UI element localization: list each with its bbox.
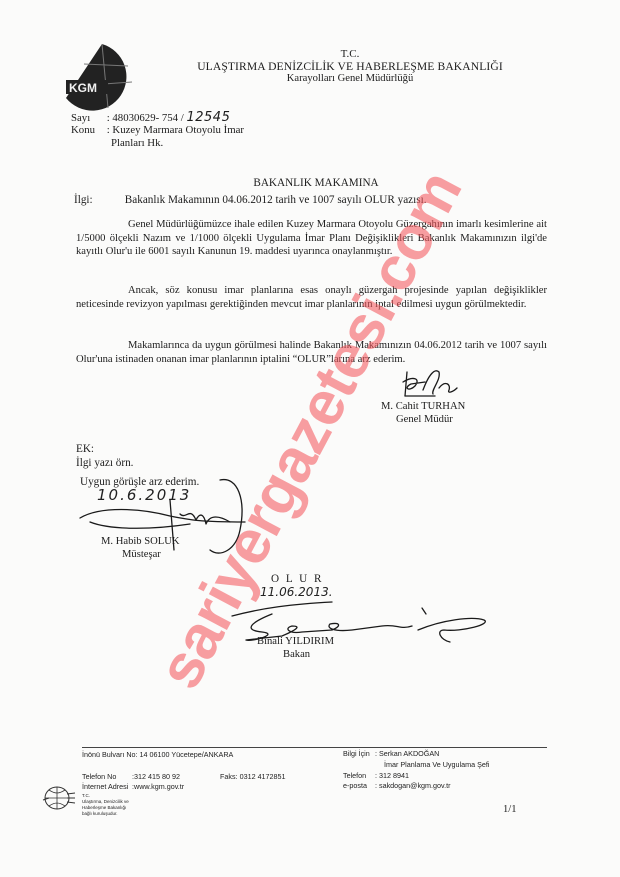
signature-minister	[222, 596, 502, 656]
ilgi-text: Bakanlık Makamının 04.06.2012 tarih ve 1…	[125, 194, 427, 206]
header-state: T.C.	[0, 48, 620, 60]
footer-fax: Faks: 0312 4172851	[220, 772, 286, 781]
footer-info: Bilgi İçin: Serkan AKDOĞAN	[343, 749, 439, 758]
approval-title: Bakan	[283, 649, 310, 660]
body-paragraph-1: Genel Müdürlüğümüzce ihale edilen Kuzey …	[76, 218, 547, 259]
undersecretary-title: Müsteşar	[122, 549, 161, 560]
footer-web: İnternet Adresi:www.kgm.gov.tr	[82, 782, 184, 791]
body-paragraph-3: Makamlarınca da uygun görülmesi halinde …	[76, 339, 547, 366]
footer-web-link[interactable]: :www.kgm.gov.tr	[132, 782, 184, 791]
page-number: 1/1	[503, 804, 517, 815]
ilgi-row: İlgi: Bakanlık Makamının 04.06.2012 tari…	[74, 194, 427, 206]
konu-value: : Kuzey Marmara Otoyolu İmar	[107, 124, 244, 136]
signatory-name: M. Cahit TURHAN	[381, 401, 465, 412]
document-page: KGM T.C. ULAŞTIRMA DENİZCİLİK VE HABERLE…	[0, 0, 620, 877]
footer-info-title: İmar Planlama Ve Uygulama Şefi	[384, 760, 489, 769]
footer-contact-phone: Telefon: 312 8941	[343, 771, 409, 780]
sayi-handwritten: 12545	[186, 110, 230, 125]
attachments-label: EK:	[76, 443, 94, 455]
signature-undersecretary	[70, 470, 260, 565]
footer-email-link[interactable]: : sakdogan@kgm.gov.tr	[375, 781, 450, 790]
attachments-item: İlgi yazı örn.	[76, 457, 133, 469]
ministry-globe-icon	[41, 784, 77, 812]
signatory-title: Genel Müdür	[396, 414, 453, 425]
sayi-value: : 48030629- 754 /	[107, 112, 184, 124]
ilgi-label: İlgi:	[74, 194, 122, 206]
footer-email: e-posta: sakdogan@kgm.gov.tr	[343, 781, 450, 790]
sayi-row: Sayı : 48030629- 754 / 12545	[71, 110, 230, 125]
header-department: Karayolları Genel Müdürlüğü	[0, 73, 620, 84]
footer-emblem-caption: T.C. Ulaştırma, Denizcilik ve Haberleşme…	[82, 793, 142, 817]
footer-address: İnönü Bulvarı No: 14 06100 Yücetepe/ANKA…	[82, 750, 233, 759]
header-ministry: ULAŞTIRMA DENİZCİLİK VE HABERLEŞME BAKAN…	[0, 60, 620, 73]
sayi-label: Sayı	[71, 112, 104, 124]
konu-row: Konu : Kuzey Marmara Otoyolu İmar	[71, 124, 244, 136]
signature-general-director	[395, 366, 465, 406]
body-paragraph-2: Ancak, söz konusu imar planlarına esas o…	[76, 284, 547, 311]
addressee: BAKANLIK MAKAMINA	[0, 177, 620, 189]
konu-label: Konu	[71, 124, 104, 136]
footer-phone: Telefon No:312 415 80 92	[82, 772, 180, 781]
konu-value-line2: Planları Hk.	[111, 137, 163, 149]
footer-divider	[82, 747, 547, 748]
approval-label: O L U R	[271, 573, 323, 585]
approval-name: Binali YILDIRIM	[257, 636, 334, 647]
undersecretary-name: M. Habib SOLUK	[101, 536, 180, 547]
